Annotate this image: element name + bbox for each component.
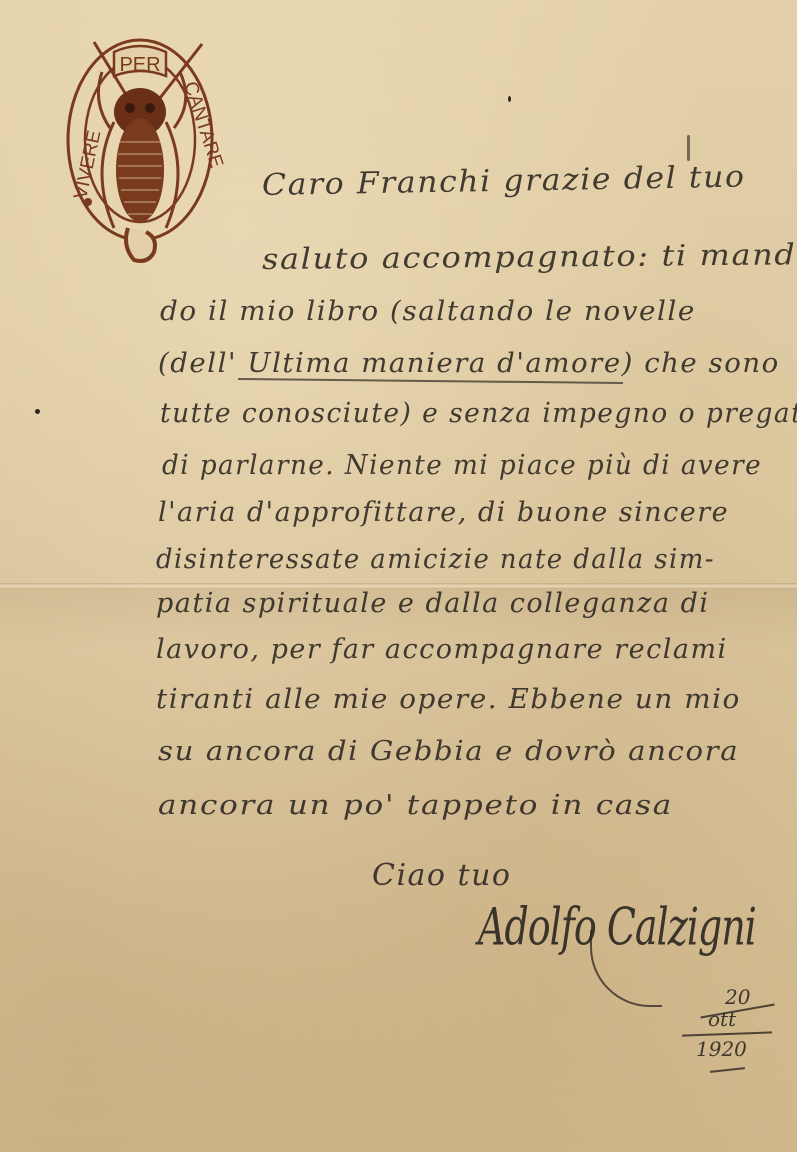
letter-line-13: ancora un po' tappeto in casa bbox=[158, 790, 673, 821]
letter-line-3: do il mio libro (saltando le novelle bbox=[160, 296, 696, 327]
date-rule-bottom bbox=[710, 1067, 745, 1073]
letter-line-4: (dell' Ultima maniera d'amore) che sono bbox=[158, 348, 780, 379]
letter-line-7: l'aria d'approfittare, di buone sincere bbox=[158, 497, 729, 528]
letter-line-11: tiranti alle mie opere. Ebbene un mio bbox=[156, 684, 741, 715]
letter-line-5: tutte conosciute) e senza impegno o preg… bbox=[160, 398, 797, 429]
ink-speck bbox=[35, 409, 40, 414]
letterhead-emblem: PER VIVERE CANTARE bbox=[62, 32, 232, 268]
letter-line-1: Caro Franchi grazie del tuo bbox=[262, 160, 746, 203]
ink-speck bbox=[508, 96, 511, 102]
signature-flourish bbox=[590, 930, 662, 1007]
letter-line-12: su ancora di Gebbia e dovrò ancora bbox=[158, 736, 739, 767]
date-month: ott bbox=[708, 1007, 736, 1031]
date-year: 1920 bbox=[696, 1037, 747, 1061]
letter-line-9: patia spirituale e dalla colleganza di bbox=[156, 588, 710, 619]
letter-line-2: saluto accompagnato: ti mando bbox=[262, 237, 797, 276]
letter-date: 20 ott 1920 bbox=[680, 985, 790, 1080]
motto-vivere: VIVERE bbox=[70, 128, 105, 201]
letter-line-8: disinteressate amicizie nate dalla sim- bbox=[156, 544, 715, 575]
letter-line-10: lavoro, per far accompagnare reclami bbox=[156, 634, 728, 665]
date-day: 20 bbox=[725, 985, 750, 1009]
date-rule-middle bbox=[682, 1031, 772, 1036]
cicada-icon bbox=[102, 88, 178, 228]
letter-line-6: di parlarne. Niente mi piace più di aver… bbox=[162, 450, 762, 481]
motto-per: PER bbox=[119, 54, 160, 76]
letter-sheet: PER VIVERE CANTARE bbox=[0, 0, 797, 1152]
ink-speck bbox=[687, 135, 690, 161]
letter-closing: Ciao tuo bbox=[372, 858, 511, 893]
